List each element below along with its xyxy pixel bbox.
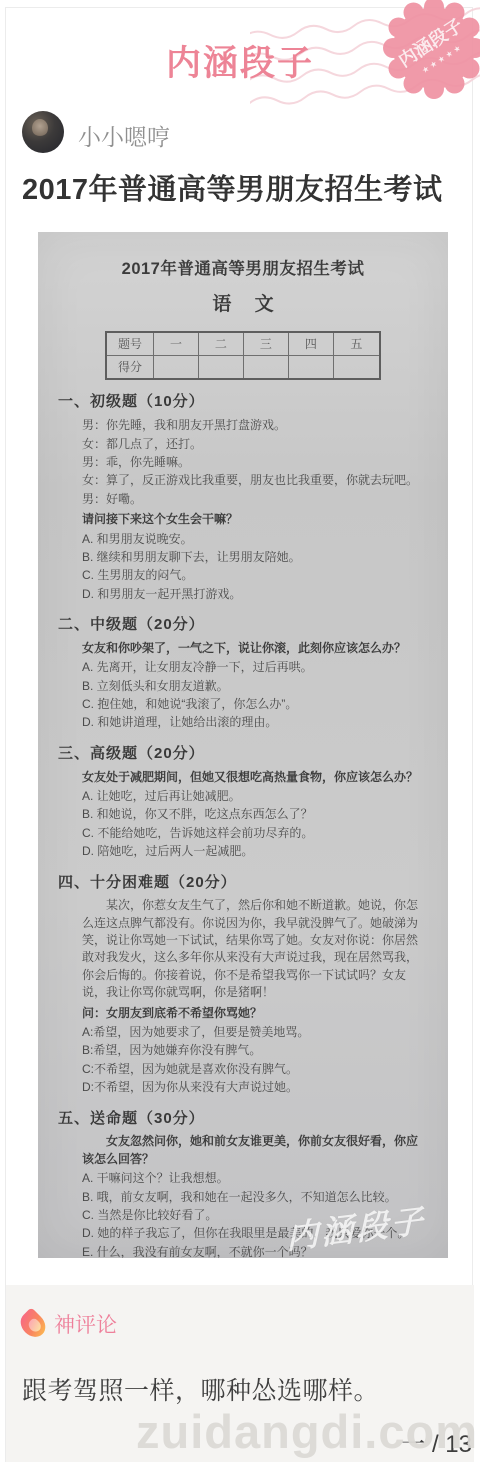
exam-section-heading: 五、送命题（30分） [58,1108,422,1130]
exam-subject: 语 文 [64,291,422,319]
score-table-score-row: 得分 [106,356,380,380]
section-question: 请问接下来这个女生会干嘛？ [82,511,420,528]
exam-section: 二、中级题（20分）女友和你吵架了，一气之下，说让你滚，此刻你应该怎么办？A. … [64,614,422,732]
score-table-score-label: 得分 [106,356,154,380]
flame-icon [16,1307,51,1342]
score-table-header-cell: 四 [288,332,333,356]
section-question: 女友处于减肥期间，但她又很想吃高热量食物，你应该怎么办？ [82,769,420,786]
dialog-line: 女：都几点了，还打。 [82,436,420,453]
answer-option: C. 不能给她吃，告诉她这样会前功尽弃的。 [82,825,420,842]
answer-option: B. 和她说，你又不胖，吃这点东西怎么了？ [82,806,420,823]
section-question: 问：女朋友到底希不希望你骂她？ [82,1005,420,1022]
hot-comment-text: 跟考驾照一样，哪种怂选哪样。 [22,1371,462,1407]
score-table-header-cell: 一 [154,332,199,356]
exam-paper-image[interactable]: 2017年普通高等男朋友招生考试 语 文 题号 一二三四五 得分 一、初级题（1… [38,232,448,1258]
dialog-line: 男：你先睡，我和朋友开黑打盘游戏。 [82,417,420,434]
answer-option: C. 生男朋友的闷气。 [82,567,420,584]
answer-option: B. 立刻低头和女朋友道歉。 [82,678,420,695]
exam-section: 一、初级题（10分）男：你先睡，我和朋友开黑打盘游戏。女：都几点了，还打。男：乖… [64,391,422,603]
score-table-empty-cell [288,356,333,380]
hot-comment-label: 神评论 [54,1309,117,1339]
dialog-line: 男：好嘞。 [82,491,420,508]
exam-paper-title: 2017年普通高等男朋友招生考试 [64,258,422,282]
answer-option: A. 让她吃，过后再让她减肥。 [82,788,420,805]
answer-option: D. 和她讲道理，让她给出滚的理由。 [82,714,420,731]
exam-section-body: 男：你先睡，我和朋友开黑打盘游戏。女：都几点了，还打。男：乖，你先睡嘛。女：算了… [64,417,422,603]
answer-option: A:希望，因为她要求了，但要是赞美地骂。 [82,1024,420,1041]
score-table-header-cell: 三 [243,332,288,356]
score-table-header-cell: 二 [198,332,243,356]
dialog-line: 男：乖，你先睡嘛。 [82,454,420,471]
site-watermark: zuidangdi.com [136,1404,478,1459]
answer-option: A. 和男朋友说晚安。 [82,531,420,548]
answer-option: D. 陪她吃，过后两人一起减肥。 [82,843,420,860]
brand-stamp: 内涵段子 ★ ★ ★ ★ ★ [368,0,480,114]
score-table: 题号 一二三四五 得分 [105,331,381,380]
score-table-empty-cell [333,356,380,380]
answer-option: D. 和男朋友一起开黑打游戏。 [82,586,420,603]
post-title: 2017年普通高等男朋友招生考试 [22,167,458,208]
exam-section-heading: 一、初级题（10分） [58,391,422,413]
hot-comment-header: 神评论 [22,1309,117,1339]
answer-option: C:不希望，因为她就是喜欢你没有脾气。 [82,1061,420,1078]
section-question: 女友和你吵架了，一气之下，说让你滚，此刻你应该怎么办？ [82,640,420,657]
score-table-header-cell: 五 [333,332,380,356]
exam-section-body: 某次，你惹女友生气了，然后你和她不断道歉。她说，你怎么连这点脾气都没有。你说因为… [64,897,422,1096]
answer-option: A. 先离开，让女朋友冷静一下，过后再哄。 [82,659,420,676]
score-table-empty-cell [243,356,288,380]
exam-sections: 一、初级题（10分）男：你先睡，我和朋友开黑打盘游戏。女：都几点了，还打。男：乖… [64,391,422,1258]
score-table-empty-cell [154,356,199,380]
exam-section-body: 女友和你吵架了，一气之下，说让你滚，此刻你应该怎么办？A. 先离开，让女朋友冷静… [64,640,422,732]
answer-option: B. 继续和男朋友聊下去，让男朋友陪她。 [82,549,420,566]
section-story: 某次，你惹女友生气了，然后你和她不断道歉。她说，你怎么连这点脾气都没有。你说因为… [82,897,420,1001]
avatar[interactable] [22,111,64,153]
username[interactable]: 小小嗯哼 [78,119,170,152]
score-table-header-row: 题号 一二三四五 [106,332,380,356]
score-table-empty-cell [198,356,243,380]
exam-section: 三、高级题（20分）女友处于减肥期间，但她又很想吃高热量食物，你应该怎么办？A.… [64,743,422,861]
exam-section-heading: 三、高级题（20分） [58,743,422,765]
answer-option: C. 抱住她，和她说“我滚了，你怎么办”。 [82,696,420,713]
score-table-header-label: 题号 [106,332,154,356]
exam-section-heading: 二、中级题（20分） [58,614,422,636]
answer-option: D:不希望，因为你从来没有大声说过她。 [82,1079,420,1096]
exam-section-heading: 四、十分困难题（20分） [58,872,422,894]
section-story: 女友忽然问你，她和前女友谁更美，你前女友很好看，你应该怎么回答？ [82,1133,420,1168]
exam-section: 四、十分困难题（20分）某次，你惹女友生气了，然后你和她不断道歉。她说，你怎么连… [64,872,422,1097]
dialog-line: 女：算了，反正游戏比我重要，朋友也比我重要，你就去玩吧。 [82,472,420,489]
answer-option: A. 干嘛问这个？让我想想。 [82,1170,420,1187]
answer-option: B:希望，因为她嫌弃你没有脾气。 [82,1042,420,1059]
exam-section-body: 女友处于减肥期间，但她又很想吃高热量食物，你应该怎么办？A. 让她吃，过后再让她… [64,769,422,861]
